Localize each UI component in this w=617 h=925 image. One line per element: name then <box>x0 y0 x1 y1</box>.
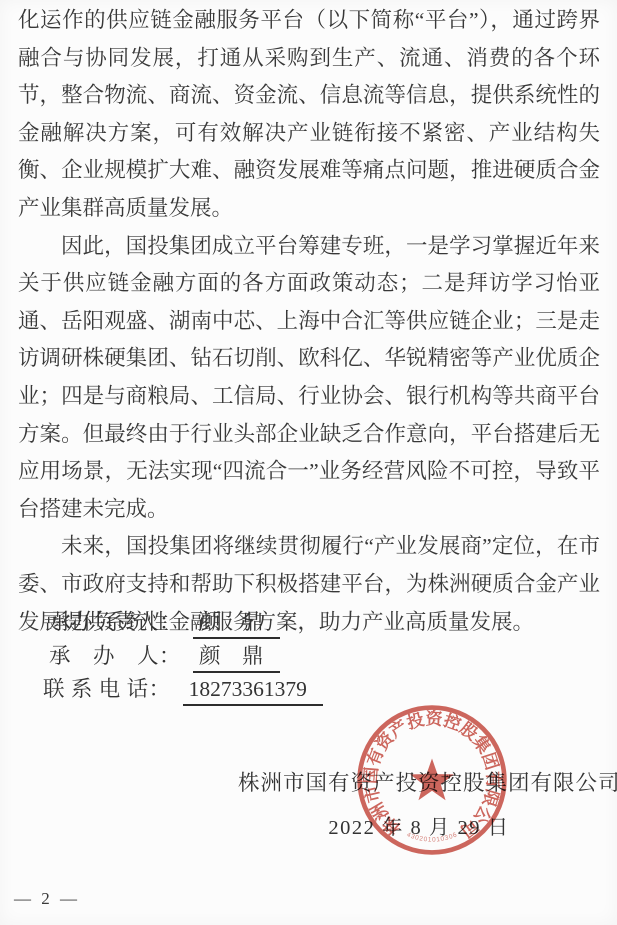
undertaker-lead-label: 承办负责人： <box>49 610 181 634</box>
phone-label: 联 系 电 话： <box>43 677 171 701</box>
official-seal: 株洲市国有资产投资控股集团有限公司 4302010103060 <box>355 703 509 857</box>
undertaker-lead-line: 承办负责人：颜 鼎 <box>49 606 323 640</box>
paragraph-continuation: 化运作的供应链金融服务平台（以下简称“平台”），通过跨界融合与协同发展，打通从采… <box>18 2 600 228</box>
undertaker-line: 承 办 人：颜 鼎 <box>49 640 323 674</box>
seal-star-icon <box>410 758 454 800</box>
page-number: — 2 — <box>14 889 80 909</box>
phone-value: 18273361379 <box>183 675 323 706</box>
undertaker-label: 承 办 人： <box>49 644 181 668</box>
undertaker-lead-value: 颜 鼎 <box>193 608 280 639</box>
paragraph-2: 因此，国投集团成立平台筹建专班，一是学习掌握近年来关于供应链金融方面的各方面政策… <box>18 228 600 529</box>
body-text: 化运作的供应链金融服务平台（以下简称“平台”），通过跨界融合与协同发展，打通从采… <box>18 2 600 641</box>
document-page: 化运作的供应链金融服务平台（以下简称“平台”），通过跨界融合与协同发展，打通从采… <box>0 0 617 925</box>
undertaker-value: 颜 鼎 <box>193 642 280 673</box>
phone-line: 联 系 电 话：18273361379 <box>43 673 323 707</box>
contact-block: 承办负责人：颜 鼎 承 办 人：颜 鼎 联 系 电 话：18273361379 <box>49 606 323 707</box>
